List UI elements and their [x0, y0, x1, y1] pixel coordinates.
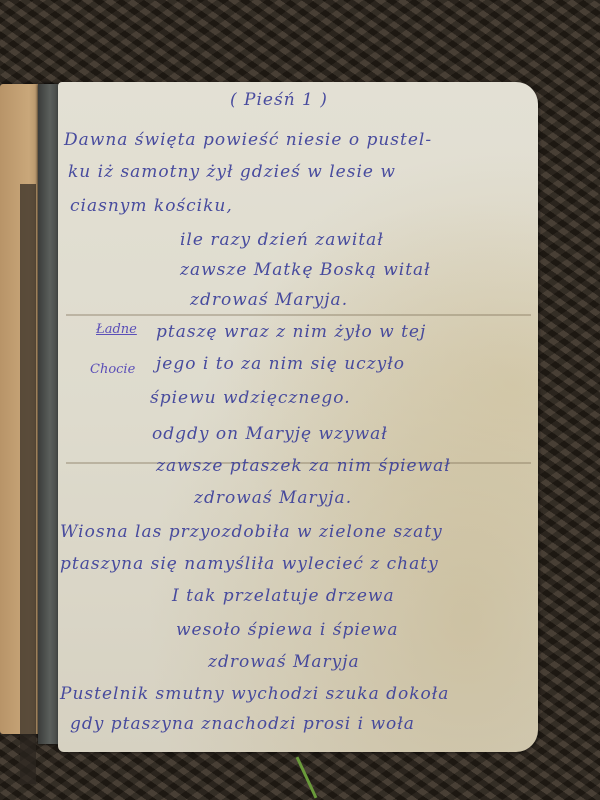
song-line: gdy ptaszyna znachodzi prosi i woła: [70, 714, 415, 734]
song-line: ptaszyna się namyśliła wylecieć z chaty: [60, 554, 439, 574]
song-line: ciasnym kościku,: [70, 196, 233, 216]
song-line: ile razy dzień zawitał: [180, 230, 384, 250]
song-line: śpiewu wdzięcznego.: [150, 388, 351, 408]
cover-torn-edge: [20, 184, 36, 784]
grass-blade: [296, 756, 318, 798]
song-line: wesoło śpiewa i śpiewa: [176, 620, 399, 640]
song-line: ku iż samotny żył gdzieś w lesie w: [68, 162, 396, 182]
song-line: odgdy on Maryję wzywał: [152, 424, 388, 444]
song-line: Wiosna las przyozdobiła w zielone szaty: [60, 522, 443, 542]
song-line: zawsze ptaszek za nim śpiewał: [156, 456, 451, 476]
song-line: zdrowaś Maryja.: [190, 290, 348, 310]
song-line: Pustelnik smutny wychodzi szuka dokoła: [60, 684, 449, 704]
margin-note: Ładne: [96, 322, 137, 337]
song-line: zdrowaś Maryja: [208, 652, 360, 672]
song-line: ptaszę wraz z nim żyło w tej: [156, 322, 426, 342]
song-line: zdrowaś Maryja.: [194, 488, 352, 508]
song-line: jego i to za nim się uczyło: [156, 354, 405, 374]
song-line: Dawna święta powieść niesie o pustel-: [64, 130, 432, 150]
page-fold: [66, 314, 531, 316]
song-line: zawsze Matkę Boską witał: [180, 260, 431, 280]
song-line: I tak przelatuje drzewa: [172, 586, 395, 606]
songbook-page: ( Pieśń 1 ) Ładne Chocie Dawna święta po…: [58, 82, 538, 752]
margin-note: Chocie: [90, 362, 135, 377]
song-heading: ( Pieśń 1 ): [230, 90, 328, 110]
